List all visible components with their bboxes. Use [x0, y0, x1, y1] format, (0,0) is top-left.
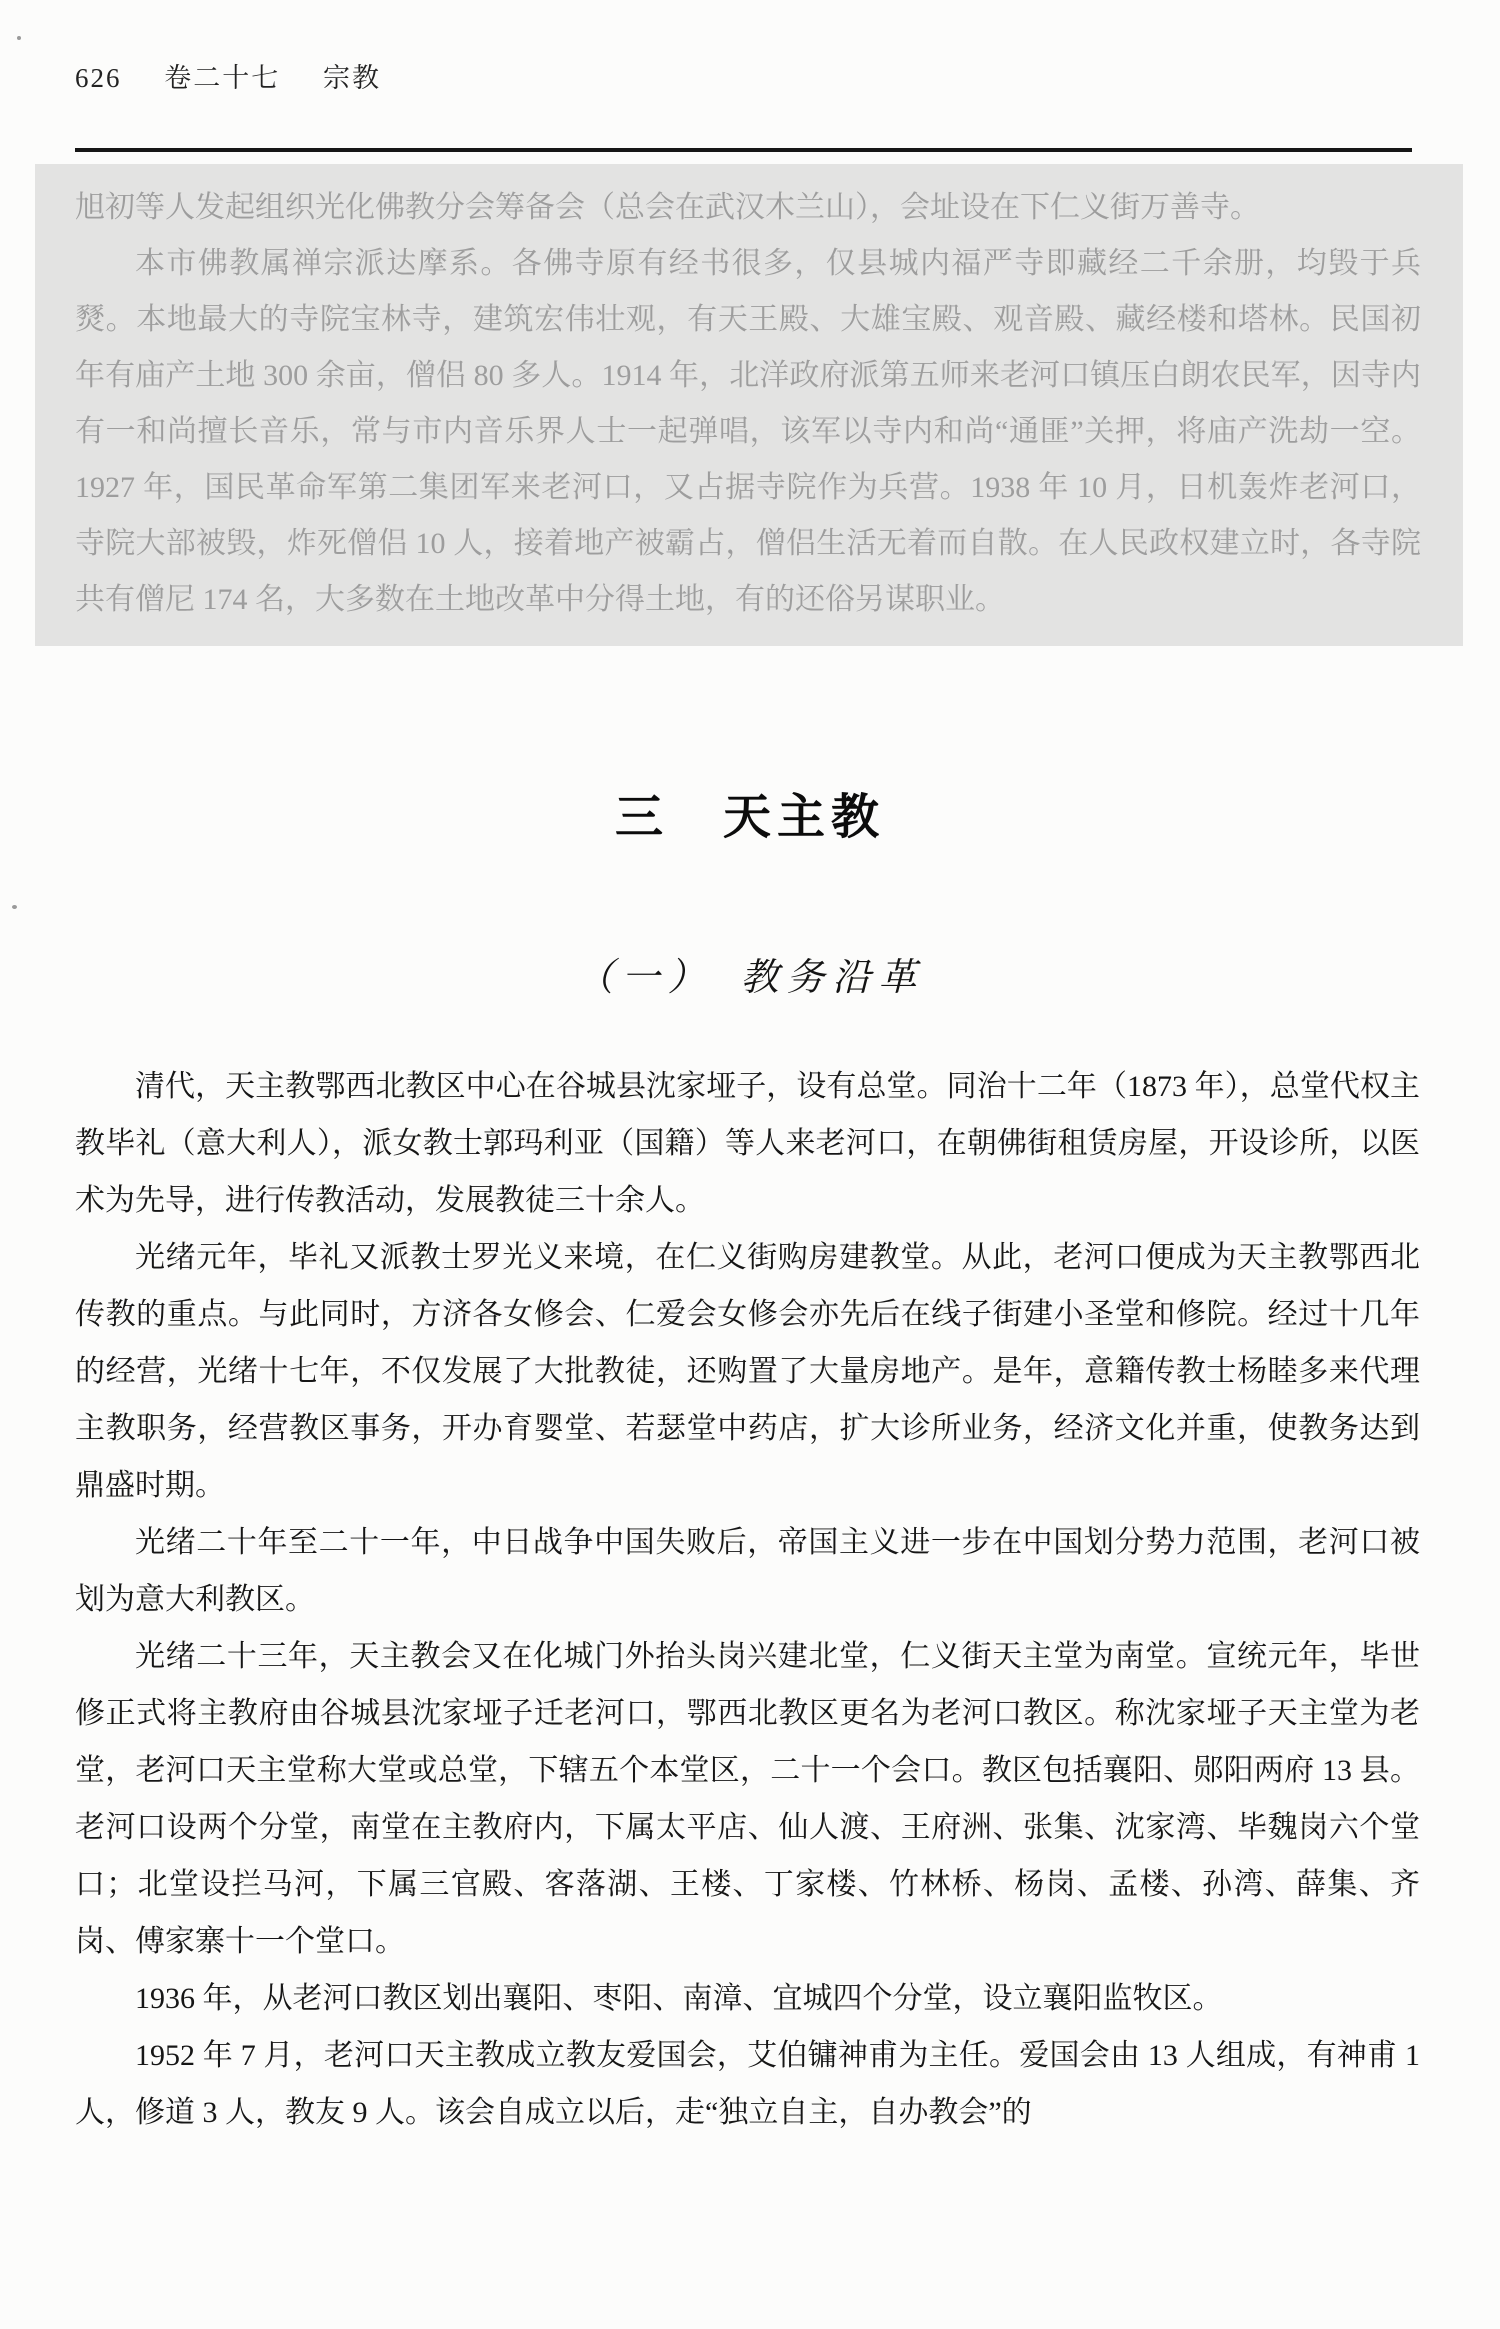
section-label: 宗教: [323, 63, 381, 93]
scan-speck: [12, 905, 17, 909]
body-paragraph: 1936 年，从老河口教区划出襄阳、枣阳、南漳、宜城四个分堂，设立襄阳监牧区。: [75, 1970, 1420, 2027]
running-header: 626 卷二十七 宗教: [75, 56, 1412, 95]
carryover-paragraph: 本市佛教属禅宗派达摩系。各佛寺原有经书很多，仅县城内福严寺即藏经二千余册，均毁于…: [75, 236, 1421, 628]
body-paragraph: 清代，天主教鄂西北教区中心在谷城县沈家垭子，设有总堂。同治十二年（1873 年）…: [75, 1058, 1420, 1229]
carryover-text-block: 旭初等人发起组织光化佛教分会筹备会（总会在武汉木兰山），会址设在下仁义街万善寺。…: [35, 164, 1463, 646]
carryover-paragraph: 旭初等人发起组织光化佛教分会筹备会（总会在武汉木兰山），会址设在下仁义街万善寺。: [75, 180, 1421, 236]
volume-label: 卷二十七: [164, 63, 280, 93]
scan-speck: [17, 36, 21, 40]
page-number: 626: [75, 63, 122, 93]
chapter-heading: 三 天主教: [0, 778, 1500, 847]
scanned-book-page: 626 卷二十七 宗教 旭初等人发起组织光化佛教分会筹备会（总会在武汉木兰山），…: [0, 0, 1500, 2329]
body-paragraph: 1952 年 7 月，老河口天主教成立教友爱国会，艾伯镛神甫为主任。爱国会由 1…: [75, 2027, 1420, 2141]
header-rule: [75, 148, 1412, 152]
body-text: 清代，天主教鄂西北教区中心在谷城县沈家垭子，设有总堂。同治十二年（1873 年）…: [75, 1058, 1420, 2141]
body-paragraph: 光绪二十年至二十一年，中日战争中国失败后，帝国主义进一步在中国划分势力范围，老河…: [75, 1514, 1420, 1628]
body-paragraph: 光绪元年，毕礼又派教士罗光义来境，在仁义街购房建教堂。从此，老河口便成为天主教鄂…: [75, 1229, 1420, 1514]
section-heading: （一） 教务沿革: [0, 946, 1500, 1001]
body-paragraph: 光绪二十三年，天主教会又在化城门外抬头岗兴建北堂，仁义街天主堂为南堂。宣统元年，…: [75, 1628, 1420, 1970]
